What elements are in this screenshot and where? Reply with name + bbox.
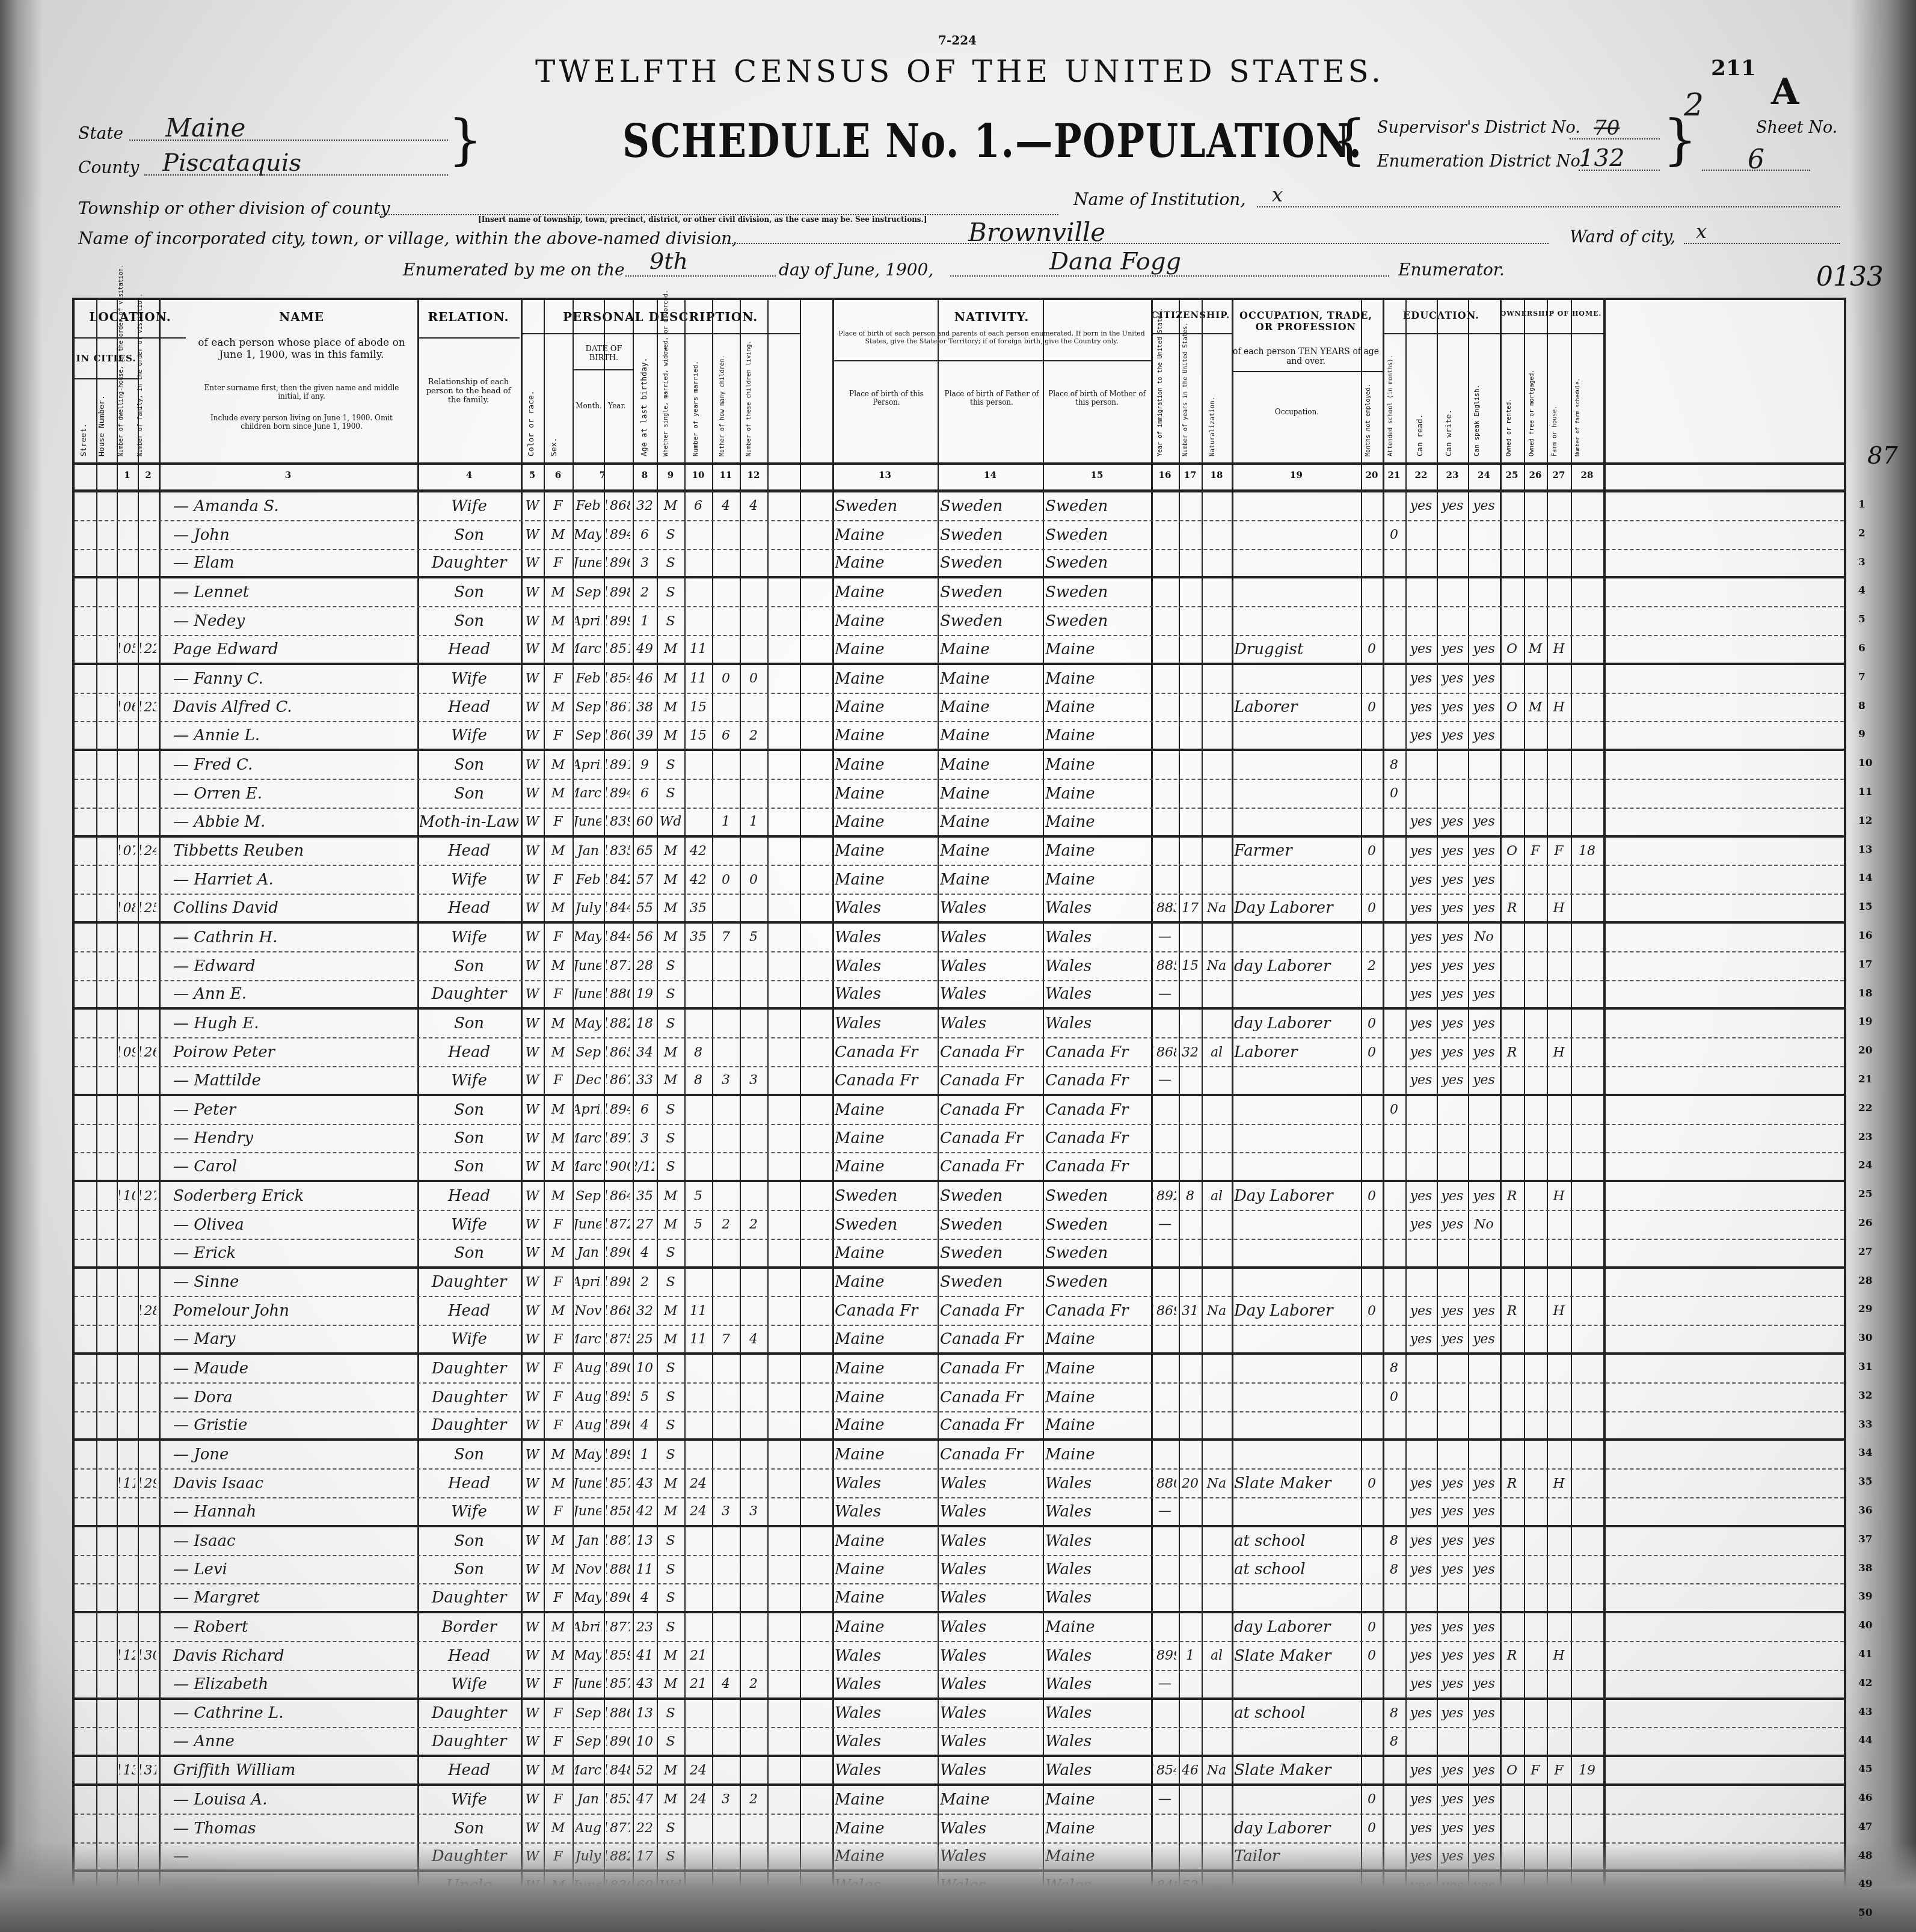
- cell-color: W: [523, 665, 541, 693]
- cell-years-married: 15: [687, 694, 710, 722]
- cell-children-born: 4: [714, 492, 737, 520]
- cell-marital-status: S: [659, 1269, 682, 1296]
- cell-sex: F: [546, 665, 570, 693]
- cell-marital-status: S: [659, 1240, 682, 1266]
- cell-school-months: [1385, 722, 1403, 749]
- cell-years-married: [687, 780, 710, 808]
- cell-school-months: [1385, 1498, 1403, 1525]
- cell-immigration-year: 1868: [1153, 1038, 1176, 1066]
- cell-naturalization: [1204, 1498, 1229, 1525]
- cell-speaks-english: [1470, 1384, 1497, 1411]
- cell-birthplace: Maine: [835, 1326, 935, 1352]
- cell-immigration-year: [1153, 1556, 1176, 1584]
- cell-sex: F: [546, 1671, 570, 1697]
- cell-dwelling: [119, 1125, 135, 1153]
- cell-birth-year: 1888: [606, 1556, 630, 1584]
- cell-name: Poirow Peter: [161, 1038, 427, 1066]
- cell-free-mortgaged: [1526, 1067, 1544, 1094]
- cell-speaks-english: yes: [1470, 1067, 1497, 1094]
- cell-birth-year: 1844: [606, 924, 630, 951]
- cell-naturalization: [1204, 578, 1229, 606]
- cell-birth-month: Sep: [575, 578, 601, 606]
- cell-owned-rented: R: [1502, 1642, 1521, 1670]
- cell-farm-schedule: [1573, 636, 1601, 663]
- cell-relation: Son: [420, 1240, 518, 1266]
- table-row: — Amanda S.WifeWFFeb186832M644SwedenSwed…: [75, 492, 1844, 521]
- cell-owned-rented: [1502, 1240, 1521, 1266]
- cell-children-born: [714, 694, 737, 722]
- cell-months-unemployed: 0: [1363, 1786, 1380, 1814]
- cell-color: W: [523, 780, 541, 808]
- cell-owned-rented: [1502, 751, 1521, 779]
- brace-left: }: [448, 113, 482, 167]
- cell-family: [140, 809, 156, 835]
- cell-marital-status: M: [659, 1786, 682, 1814]
- cell-birth-month: Feb: [575, 866, 601, 894]
- cell-school-months: [1385, 1613, 1403, 1641]
- cell-can-write: [1439, 607, 1466, 635]
- cell-months-unemployed: [1363, 1067, 1380, 1094]
- cell-farm-schedule: [1573, 952, 1601, 980]
- cell-owned-rented: [1502, 924, 1521, 951]
- cell-birthplace: Wales: [835, 952, 935, 980]
- cell-marital-status: M: [659, 895, 682, 921]
- cell-name: Davis Isaac: [161, 1470, 427, 1497]
- cell-father-birthplace: Wales: [940, 981, 1040, 1008]
- cell-can-read: yes: [1408, 809, 1434, 835]
- cell-occupation: [1234, 1786, 1359, 1814]
- cell-speaks-english: yes: [1470, 1613, 1497, 1641]
- cell-naturalization: [1204, 722, 1229, 749]
- cell-children-born: [714, 1125, 737, 1153]
- cell-occupation: Day Laborer: [1234, 895, 1359, 921]
- cell-family: [140, 1584, 156, 1611]
- cell-dwelling: [119, 550, 135, 577]
- cell-name: — Ann E.: [161, 981, 427, 1008]
- cell-farm-house: [1549, 1613, 1568, 1641]
- cell-marital-status: M: [659, 1470, 682, 1497]
- cell-years-in-us: [1181, 1153, 1199, 1180]
- cell-birth-month: June: [575, 809, 601, 835]
- cell-can-write: [1439, 578, 1466, 606]
- cell-father-birthplace: Canada Fr: [940, 1125, 1040, 1153]
- cell-name: — Dora: [161, 1384, 427, 1411]
- cell-children-born: [714, 1556, 737, 1584]
- cell-sex: F: [546, 1384, 570, 1411]
- cell-free-mortgaged: [1526, 492, 1544, 520]
- cell-birth-month: March: [575, 636, 601, 663]
- cell-free-mortgaged: [1526, 1096, 1544, 1124]
- cell-birthplace: Wales: [835, 1642, 935, 1670]
- cell-birth-month: March: [575, 1326, 601, 1352]
- cell-months-unemployed: [1363, 665, 1380, 693]
- cell-relation: Daughter: [420, 1269, 518, 1296]
- cell-can-write: yes: [1439, 1757, 1466, 1783]
- cell-immigration-year: [1153, 809, 1176, 835]
- header-name: NAME: [186, 310, 417, 324]
- cell-dwelling: [119, 1786, 135, 1814]
- cell-owned-rented: [1502, 952, 1521, 980]
- population-table: LOCATION. IN CITIES. NAME of each person…: [72, 298, 1846, 1906]
- cell-father-birthplace: Maine: [940, 636, 1040, 663]
- cell-birth-year: 1864: [606, 1182, 630, 1210]
- cell-speaks-english: yes: [1470, 838, 1497, 865]
- cell-naturalization: [1204, 1815, 1229, 1842]
- cell-family: 124: [140, 838, 156, 865]
- cell-children-living: [742, 1728, 765, 1755]
- cell-children-living: [742, 1269, 765, 1296]
- line-number: 15: [1858, 901, 1873, 913]
- table-row: — GristieDaughterWFAug18964SMaineCanada …: [75, 1412, 1844, 1441]
- cell-can-read: [1408, 1384, 1434, 1411]
- header-education: EDUCATION.: [1383, 310, 1500, 321]
- vheader-color: Color or race.: [527, 366, 536, 456]
- cell-family: [140, 1671, 156, 1697]
- cell-can-write: [1439, 751, 1466, 779]
- cell-family: 122: [140, 636, 156, 663]
- cell-sex: M: [546, 780, 570, 808]
- cell-family: [140, 1096, 156, 1124]
- cell-birth-month: Sep: [575, 1182, 601, 1210]
- cell-years-married: [687, 578, 710, 606]
- cell-mother-birthplace: Canada Fr: [1045, 1067, 1149, 1094]
- cell-speaks-english: [1470, 1728, 1497, 1755]
- cell-immigration-year: [1153, 722, 1176, 749]
- cell-months-unemployed: [1363, 1269, 1380, 1296]
- cell-sex: F: [546, 1211, 570, 1239]
- supervisor-value: 70: [1570, 113, 1660, 140]
- cell-occupation: [1234, 1498, 1359, 1525]
- ed-text: 132: [1579, 144, 1624, 172]
- cell-farm-schedule: [1573, 1269, 1601, 1296]
- cell-months-unemployed: [1363, 1384, 1380, 1411]
- cell-months-unemployed: [1363, 492, 1380, 520]
- cell-farm-schedule: [1573, 722, 1601, 749]
- cell-years-married: [687, 550, 710, 577]
- cell-children-living: [742, 1613, 765, 1641]
- line-number: 6: [1858, 642, 1865, 654]
- cell-family: [140, 1700, 156, 1728]
- cell-children-living: [742, 694, 765, 722]
- rule: [417, 337, 520, 339]
- cell-months-unemployed: [1363, 1556, 1380, 1584]
- cell-farm-schedule: [1573, 1613, 1601, 1641]
- cell-dwelling: [119, 1728, 135, 1755]
- cell-marital-status: M: [659, 1326, 682, 1352]
- cell-immigration-year: [1153, 1125, 1176, 1153]
- cell-birthplace: Maine: [835, 665, 935, 693]
- cell-marital-status: M: [659, 866, 682, 894]
- cell-naturalization: [1204, 866, 1229, 894]
- cell-free-mortgaged: [1526, 1384, 1544, 1411]
- cell-marital-status: S: [659, 1125, 682, 1153]
- cell-years-married: [687, 1355, 710, 1382]
- cell-immigration-year: —: [1153, 1211, 1176, 1239]
- cell-free-mortgaged: [1526, 521, 1544, 549]
- cell-can-read: [1408, 1153, 1434, 1180]
- township-label: Township or other division of county: [78, 198, 390, 218]
- cell-birth-year: 1857: [606, 1470, 630, 1497]
- line-number: 16: [1858, 930, 1873, 942]
- cell-sex: F: [546, 1326, 570, 1352]
- cell-years-in-us: [1181, 1728, 1199, 1755]
- cell-can-read: [1408, 1096, 1434, 1124]
- cell-years-married: [687, 1441, 710, 1468]
- line-number: 32: [1858, 1390, 1873, 1402]
- cell-speaks-english: [1470, 521, 1497, 549]
- cell-free-mortgaged: [1526, 1211, 1544, 1239]
- cell-birthplace: Maine: [835, 1613, 935, 1641]
- cell-dwelling: 110: [119, 1182, 135, 1210]
- cell-naturalization: [1204, 924, 1229, 951]
- cell-can-read: yes: [1408, 1326, 1434, 1352]
- cell-sex: F: [546, 809, 570, 835]
- cell-years-in-us: [1181, 751, 1199, 779]
- cell-children-born: [714, 751, 737, 779]
- cell-years-in-us: 46: [1181, 1757, 1199, 1783]
- vheader-marital: Whether single, married, widowed, or div…: [663, 342, 669, 456]
- cell-family: [140, 1010, 156, 1037]
- cell-age: 6: [635, 1096, 654, 1124]
- cell-marital-status: M: [659, 1671, 682, 1697]
- cell-children-born: 0: [714, 665, 737, 693]
- cell-owned-rented: [1502, 1700, 1521, 1728]
- cell-family: [140, 1527, 156, 1555]
- header-birth-father: Place of birth of Father of this person.: [941, 390, 1043, 407]
- cell-family: [140, 924, 156, 951]
- cell-sex: F: [546, 1412, 570, 1439]
- cell-can-read: [1408, 1240, 1434, 1266]
- cell-dwelling: [119, 1498, 135, 1525]
- table-row: — AnneDaughterWFSep189010SWalesWalesWale…: [75, 1728, 1844, 1757]
- cell-years-married: 24: [687, 1498, 710, 1525]
- cell-owned-rented: [1502, 1671, 1521, 1697]
- table-row: — LeviSonWMNov188811SMaineWalesWalesat s…: [75, 1556, 1844, 1585]
- cell-children-living: 3: [742, 1498, 765, 1525]
- cell-immigration-year: [1153, 1815, 1176, 1842]
- cell-dwelling: [119, 1096, 135, 1124]
- line-number: 42: [1858, 1677, 1873, 1689]
- cell-farm-schedule: [1573, 895, 1601, 921]
- cell-children-living: [742, 1355, 765, 1382]
- cell-family: [140, 665, 156, 693]
- vheader-years-us: Number of years in the United States.: [1182, 342, 1189, 456]
- cell-age: 49: [635, 636, 654, 663]
- column-number: 16: [1151, 470, 1179, 480]
- cell-father-birthplace: Canada Fr: [940, 1153, 1040, 1180]
- cell-name: — Erick: [161, 1240, 427, 1266]
- cell-color: W: [523, 1067, 541, 1094]
- cell-farm-schedule: [1573, 1297, 1601, 1325]
- cell-owned-rented: [1502, 521, 1521, 549]
- cell-father-birthplace: Maine: [940, 751, 1040, 779]
- cell-school-months: [1385, 1269, 1403, 1296]
- cell-occupation: day Laborer: [1234, 1010, 1359, 1037]
- cell-free-mortgaged: [1526, 1613, 1544, 1641]
- cell-farm-schedule: [1573, 1384, 1601, 1411]
- cell-relation: Wife: [420, 492, 518, 520]
- cell-color: W: [523, 1297, 541, 1325]
- cell-farm-house: F: [1549, 838, 1568, 865]
- cell-father-birthplace: Maine: [940, 809, 1040, 835]
- cell-dwelling: [119, 578, 135, 606]
- cell-birth-year: 1896: [606, 1412, 630, 1439]
- cell-birthplace: Maine: [835, 866, 935, 894]
- cell-farm-house: [1549, 722, 1568, 749]
- cell-occupation: Slate Maker: [1234, 1757, 1359, 1783]
- cell-months-unemployed: 0: [1363, 1038, 1380, 1066]
- cell-children-living: [742, 780, 765, 808]
- rule: [1151, 333, 1232, 334]
- cell-relation: Daughter: [420, 1412, 518, 1439]
- cell-father-birthplace: Canada Fr: [940, 1326, 1040, 1352]
- cell-age: 5: [635, 1384, 654, 1411]
- cell-name: — Anne: [161, 1728, 427, 1755]
- cell-sex: M: [546, 1441, 570, 1468]
- cell-name: Pomelour John: [161, 1297, 427, 1325]
- cell-birth-year: 1867: [606, 1067, 630, 1094]
- cell-occupation: Farmer: [1234, 838, 1359, 865]
- cell-children-born: [714, 838, 737, 865]
- cell-birth-month: Feb: [575, 665, 601, 693]
- cell-birth-month: Nov: [575, 1556, 601, 1584]
- cell-can-write: [1439, 1584, 1466, 1611]
- cell-marital-status: M: [659, 1038, 682, 1066]
- table-row: — DoraDaughterWFAug18955SMaineCanada FrM…: [75, 1384, 1844, 1412]
- cell-marital-status: M: [659, 1757, 682, 1783]
- cell-marital-status: S: [659, 751, 682, 779]
- cell-birth-year: 1899: [606, 1441, 630, 1468]
- cell-mother-birthplace: Sweden: [1045, 1269, 1149, 1296]
- cell-birth-month: Nov: [575, 1297, 601, 1325]
- column-number: 5: [521, 470, 544, 480]
- vheader-free: Owned free or mortgaged.: [1529, 342, 1535, 456]
- cell-children-born: [714, 1240, 737, 1266]
- cell-months-unemployed: [1363, 1527, 1380, 1555]
- cell-marital-status: M: [659, 1211, 682, 1239]
- cell-birth-year: 1877: [606, 1613, 630, 1641]
- cell-marital-status: M: [659, 636, 682, 663]
- cell-farm-house: [1549, 952, 1568, 980]
- cell-occupation: Slate Maker: [1234, 1470, 1359, 1497]
- cell-birthplace: Wales: [835, 1728, 935, 1755]
- cell-years-married: 42: [687, 838, 710, 865]
- cell-speaks-english: yes: [1470, 1326, 1497, 1352]
- cell-immigration-year: [1153, 1326, 1176, 1352]
- cell-family: [140, 1125, 156, 1153]
- cell-years-married: 35: [687, 895, 710, 921]
- cell-birth-month: Aug: [575, 1412, 601, 1439]
- cell-occupation: day Laborer: [1234, 1815, 1359, 1842]
- cell-marital-status: S: [659, 1096, 682, 1124]
- cell-dwelling: [119, 1067, 135, 1094]
- cell-farm-schedule: [1573, 924, 1601, 951]
- cell-can-write: yes: [1439, 1182, 1466, 1210]
- line-number: 5: [1858, 613, 1865, 625]
- header-relation-desc: Relationship of each person to the head …: [420, 378, 517, 405]
- line-number: 8: [1858, 700, 1865, 712]
- cell-name: — Maude: [161, 1355, 427, 1382]
- cell-can-write: yes: [1439, 492, 1466, 520]
- cell-farm-house: [1549, 665, 1568, 693]
- margin-stamp: 0133: [1816, 262, 1884, 292]
- cell-mother-birthplace: Maine: [1045, 1613, 1149, 1641]
- cell-father-birthplace: Sweden: [940, 492, 1040, 520]
- cell-farm-house: [1549, 1556, 1568, 1584]
- cell-birth-month: July: [575, 895, 601, 921]
- cell-children-living: 4: [742, 1326, 765, 1352]
- cell-sex: F: [546, 981, 570, 1008]
- cell-name: Griffith William: [161, 1757, 427, 1783]
- cell-years-in-us: [1181, 607, 1199, 635]
- table-row: — MargretDaughterWFMay18964SMaineWalesWa…: [75, 1584, 1844, 1613]
- enumeration-district-value: 132: [1579, 144, 1660, 171]
- cell-family: [140, 492, 156, 520]
- cell-age: 10: [635, 1728, 654, 1755]
- cell-father-birthplace: Sweden: [940, 578, 1040, 606]
- cell-color: W: [523, 1125, 541, 1153]
- column-number: 6: [544, 470, 573, 480]
- cell-sex: M: [546, 895, 570, 921]
- cell-name: Soderberg Erick: [161, 1182, 427, 1210]
- cell-relation: Wife: [420, 665, 518, 693]
- table-row: — ElamDaughterWFJune18963SMaineSwedenSwe…: [75, 550, 1844, 579]
- cell-birthplace: Maine: [835, 1355, 935, 1382]
- cell-birth-month: April: [575, 607, 601, 635]
- cell-farm-schedule: [1573, 809, 1601, 835]
- cell-birth-year: 1839: [606, 809, 630, 835]
- cell-naturalization: [1204, 1211, 1229, 1239]
- cell-family: [140, 1326, 156, 1352]
- cell-age: 4: [635, 1584, 654, 1611]
- cell-birth-year: 1897: [606, 1125, 630, 1153]
- cell-speaks-english: yes: [1470, 1671, 1497, 1697]
- enumerator-label: Enumerator.: [1398, 260, 1505, 280]
- cell-school-months: 8: [1385, 1700, 1403, 1728]
- institution-value: x: [1257, 183, 1840, 207]
- cell-can-write: yes: [1439, 1671, 1466, 1697]
- cell-mother-birthplace: Maine: [1045, 780, 1149, 808]
- cell-can-read: yes: [1408, 1182, 1434, 1210]
- cell-school-months: [1385, 924, 1403, 951]
- cell-birth-year: 1894: [606, 1096, 630, 1124]
- table-row: — SinneDaughterWFApril18982SMaineSwedenS…: [75, 1269, 1844, 1298]
- cell-naturalization: [1204, 780, 1229, 808]
- cell-birth-month: Aug: [575, 1815, 601, 1842]
- cell-mother-birthplace: Maine: [1045, 722, 1149, 749]
- cell-father-birthplace: Maine: [940, 866, 1040, 894]
- margin-number: 87: [1867, 442, 1898, 470]
- line-number: 24: [1858, 1159, 1873, 1171]
- cell-can-read: yes: [1408, 952, 1434, 980]
- cell-birth-year: 1896: [606, 1584, 630, 1611]
- cell-name: — Annie L.: [161, 722, 427, 749]
- cell-years-in-us: 15: [1181, 952, 1199, 980]
- cell-birth-month: Sep: [575, 1038, 601, 1066]
- cell-immigration-year: 1880: [1153, 1470, 1176, 1497]
- cell-age: 2: [635, 578, 654, 606]
- cell-can-read: yes: [1408, 838, 1434, 865]
- cell-farm-schedule: [1573, 1412, 1601, 1439]
- cell-free-mortgaged: [1526, 895, 1544, 921]
- cell-can-read: yes: [1408, 694, 1434, 722]
- cell-father-birthplace: Canada Fr: [940, 1067, 1040, 1094]
- cell-years-married: 8: [687, 1038, 710, 1066]
- cell-relation: Son: [420, 751, 518, 779]
- cell-months-unemployed: [1363, 1584, 1380, 1611]
- cell-occupation: [1234, 492, 1359, 520]
- cell-years-married: 42: [687, 866, 710, 894]
